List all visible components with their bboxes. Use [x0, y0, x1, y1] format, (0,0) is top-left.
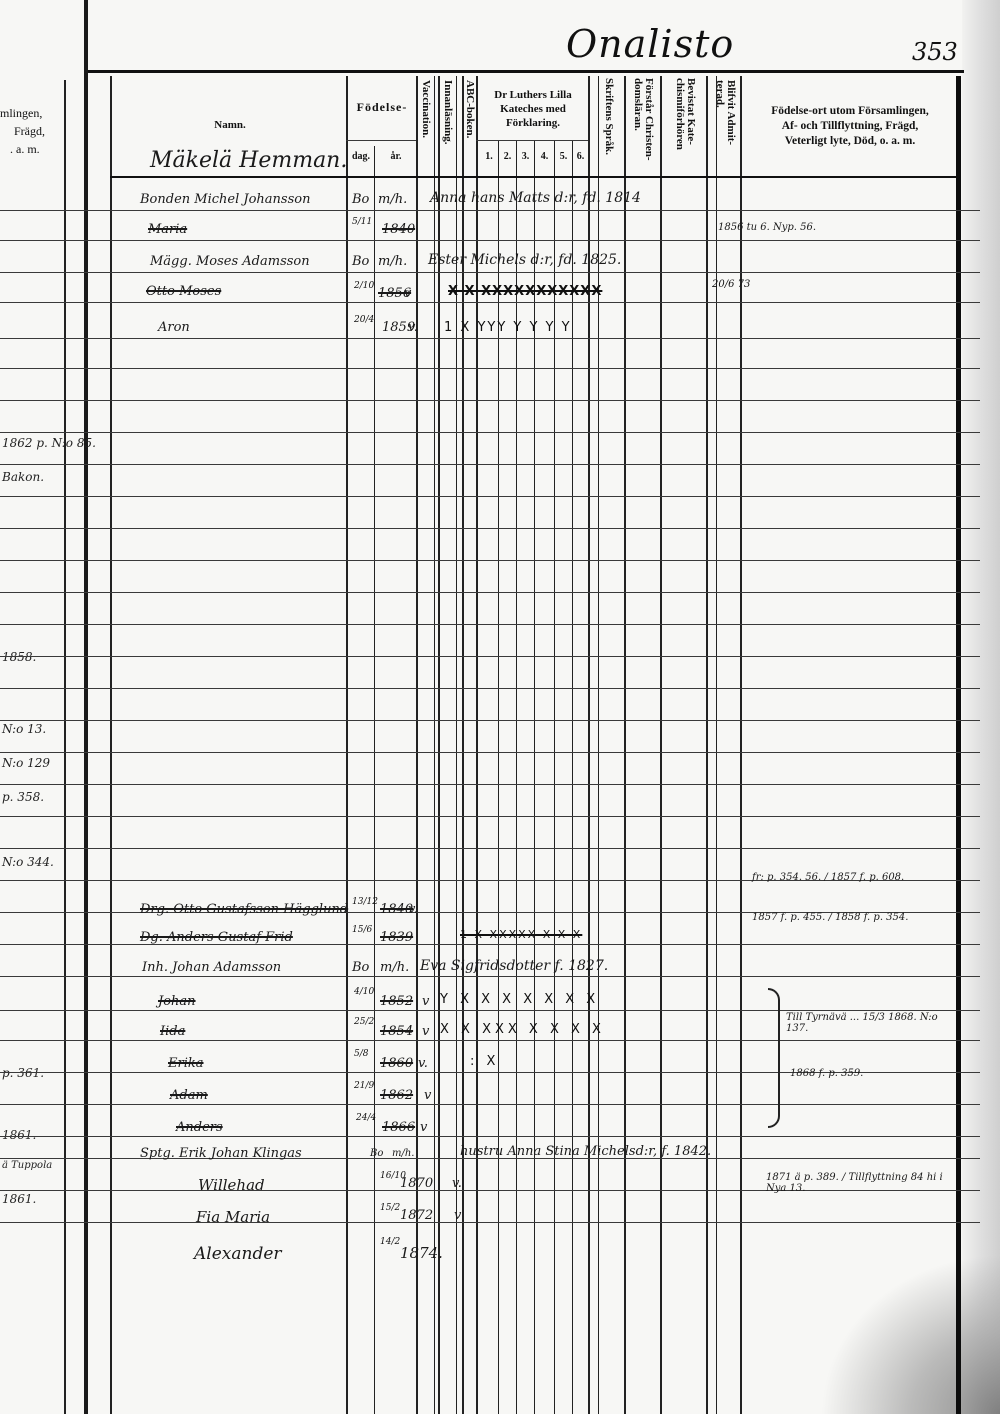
entry-day: 5/11 [352, 218, 372, 227]
entry-vaccination: v. [408, 320, 418, 335]
prev-note: ä Tuppola [2, 1160, 52, 1171]
header-luther-col: 1. [480, 150, 498, 164]
entry-vaccination: v [424, 1088, 431, 1103]
entry-inline-note: Ester Michels d:r, fd. 1825. [428, 252, 621, 268]
column-line [740, 76, 742, 1414]
entry-year: m/h. [392, 1148, 414, 1159]
header-bottom-rule [110, 176, 956, 178]
entry-catechism-marks: X X XXXXXXXXXXX [448, 284, 602, 299]
register-page: mlingen, Frägd, . a. m. 1862 p. N:o 85. … [0, 0, 1000, 1414]
header-luther-col: 4. [535, 150, 554, 164]
header-luther-1: Dr Luthers Lilla [478, 88, 588, 102]
right-border-line [956, 76, 961, 1414]
entry-inline-note: Eva Sigfridsdotter f. 1827. [420, 958, 608, 974]
header-bevistat: Bevistat Kate-chismiförhören [666, 78, 696, 174]
entry-admitted: 20/6 73 [712, 280, 750, 289]
family-brace [768, 988, 780, 1128]
entry-day: Bo [352, 960, 369, 975]
entry-year: m/h. [380, 960, 409, 975]
entry-name: Inh. Johan Adamsson [142, 960, 281, 975]
header-remarks-1: Födelse-ort utom Församlingen, [746, 104, 954, 118]
entry-year: 1840 [382, 222, 415, 237]
entry-day: 24/4 [356, 1114, 376, 1123]
header-divider [346, 140, 416, 141]
entry-name: Iida [160, 1024, 185, 1039]
entry-remark: Till Tyrnävä ... 15/3 1868. N:o 137. [786, 1012, 956, 1034]
entry-year: 1866 [382, 1120, 415, 1135]
column-line [434, 76, 435, 1414]
entry-vaccination: v [422, 1024, 429, 1039]
entry-name: Bonden Michel Johansson [140, 192, 310, 207]
entry-year: 1852 [380, 994, 413, 1009]
entry-day: 2/10 [354, 282, 374, 291]
entry-name: Erika [168, 1056, 204, 1071]
header-luther-3: Förklaring. [478, 116, 588, 130]
header-ar: år. [376, 150, 416, 164]
entry-name: Dg. Anders Gustaf Frid [140, 930, 293, 945]
prev-note: p. 361. [2, 1066, 44, 1080]
entry-vaccination: v [454, 1208, 461, 1223]
header-blifvit: Blifvit Admit-terad. [710, 80, 736, 172]
entry-vaccination: v. [408, 902, 418, 917]
entry-year: 1874. [400, 1244, 443, 1262]
header-vaccination: Vaccination. [420, 80, 431, 170]
prev-note: p. 358. [2, 790, 44, 804]
entry-remark: 1857 f. p. 455. / 1858 f. p. 354. [752, 912, 952, 923]
prev-note: N:o 129 [2, 756, 50, 770]
page-number: 353 [912, 38, 958, 66]
binding-gutter [84, 0, 88, 1414]
entry-remark: 1871 ä p. 389. / Tillflyttning 84 hi i N… [766, 1172, 956, 1194]
entry-name: Aron [158, 320, 190, 335]
entry-vaccination: v. [418, 1056, 428, 1071]
entry-name: Willehad [198, 1176, 265, 1194]
header-namn: Namn. [200, 118, 260, 132]
header-abc-boken: ABC-boken. [464, 80, 475, 170]
entry-day: 20/4 [354, 316, 374, 325]
entry-year: 1870 [400, 1176, 433, 1191]
column-line [660, 76, 662, 1414]
column-line [588, 76, 590, 1414]
entry-year: 1839 [380, 930, 413, 945]
entry-year: 1860 [380, 1056, 413, 1071]
entry-name: Otto Moses [146, 284, 221, 299]
entry-year: m/h. [378, 254, 407, 269]
header-forstar: Förstår Christen-domsläran. [628, 78, 654, 174]
entry-vaccination: v [404, 286, 411, 301]
prev-note: N:o 344. [2, 855, 54, 869]
prev-page-header-1: mlingen, [0, 106, 42, 121]
homestead-label: Mäkelä Hemman. [150, 148, 347, 173]
entry-day: 4/10 [354, 988, 374, 997]
prev-page-header-2: Frägd, [14, 124, 45, 139]
header-innanlasning: Innanläsning. [442, 80, 453, 170]
entry-day: 15/2 [380, 1204, 400, 1213]
entry-catechism-marks: : X [470, 1054, 499, 1069]
header-luther-col: 6. [573, 150, 588, 164]
page-edge-shadow [962, 0, 1000, 1414]
entry-name: Fia Maria [196, 1208, 270, 1226]
page-stain [820, 1254, 1000, 1414]
column-line [346, 76, 348, 1414]
entry-name: Mägg. Moses Adamsson [150, 254, 310, 269]
entry-inline-note: hustru Anna Stina Michelsd:r, f. 1842. [460, 1144, 711, 1159]
header-remarks-2: Af- och Tillflyttning, Frägd, [746, 119, 954, 133]
entry-catechism-marks: X X XXX X X X X [440, 1022, 605, 1037]
column-line [462, 76, 464, 1414]
header-luther-col: 2. [499, 150, 516, 164]
prev-note: 1862 p. N:o 85. [2, 436, 96, 450]
entry-name: Maria [148, 222, 187, 237]
entry-name: Alexander [194, 1244, 282, 1264]
header-skriftens-sprak: Skriftens Språk. [603, 78, 614, 174]
entry-day: 14/2 [380, 1238, 400, 1247]
header-remarks-3: Veterligt lyte, Död, o. a. m. [746, 134, 954, 148]
entry-year: 1854 [380, 1024, 413, 1039]
prev-note: 1858. [2, 650, 36, 664]
entry-day: Bo [352, 192, 369, 207]
header-fodelse: Födelse- [348, 100, 416, 114]
entry-day: 15/6 [352, 926, 372, 935]
column-line [110, 76, 112, 1414]
entry-year: 1862 [380, 1088, 413, 1103]
column-line [706, 76, 708, 1414]
entry-catechism-marks: Y X X X X X X X [440, 992, 599, 1007]
entry-day: 21/9 [354, 1082, 374, 1091]
top-rule [88, 70, 964, 73]
prev-note: 1861. [2, 1192, 36, 1206]
entry-day: 5/8 [354, 1050, 368, 1059]
entry-day: Bo [352, 254, 369, 269]
entry-day: 13/12 [352, 898, 378, 907]
entry-name: Sptg. Erik Johan Klingas [140, 1146, 302, 1161]
entry-name: Drg. Otto Gustafsson Hägglund [140, 902, 348, 917]
entry-year: m/h. [378, 192, 407, 207]
header-dag: dag. [348, 150, 374, 164]
column-line [598, 76, 599, 1414]
village-title: Onalisto [566, 22, 734, 66]
entry-vaccination: v. [452, 1176, 462, 1191]
header-luther-col: 3. [517, 150, 534, 164]
entry-name: Adam [170, 1088, 208, 1103]
entry-catechism-marks: 1 X YYY Y Y Y Y [444, 320, 572, 335]
entry-remark: 1856 tu 6. Nyp. 56. [718, 222, 816, 233]
entry-inline-note: Anna hans Matts d:r, fd. 1814 [430, 190, 641, 206]
column-line [374, 146, 375, 1414]
entry-year: 1872 [400, 1208, 433, 1223]
column-line [476, 76, 478, 1414]
entry-remark: 1868 f. p. 359. [790, 1068, 863, 1079]
column-line [438, 76, 440, 1414]
entry-name: Anders [176, 1120, 223, 1135]
column-line [716, 76, 717, 1414]
header-luther-col: 5. [555, 150, 572, 164]
prev-note: 1861. [2, 1128, 36, 1142]
entry-catechism-marks: 1 X XXXXX X X X [460, 928, 582, 941]
previous-page-border [64, 80, 66, 1414]
prev-page-header-3: . a. m. [10, 142, 40, 157]
prev-note: N:o 13. [2, 722, 46, 736]
entry-vaccination: v [420, 1120, 427, 1135]
entry-vaccination: v [422, 994, 429, 1009]
entry-day: 25/2 [354, 1018, 374, 1027]
entry-remark: fr: p. 354. 56. / 1857 f. p. 608. [752, 872, 952, 883]
entry-day: Bo [370, 1148, 383, 1159]
header-divider [476, 140, 588, 141]
column-line [624, 76, 626, 1414]
prev-note: Bakon. [2, 470, 44, 484]
header-luther-2: Kateches med [478, 102, 588, 116]
entry-name: Johan [158, 994, 196, 1009]
